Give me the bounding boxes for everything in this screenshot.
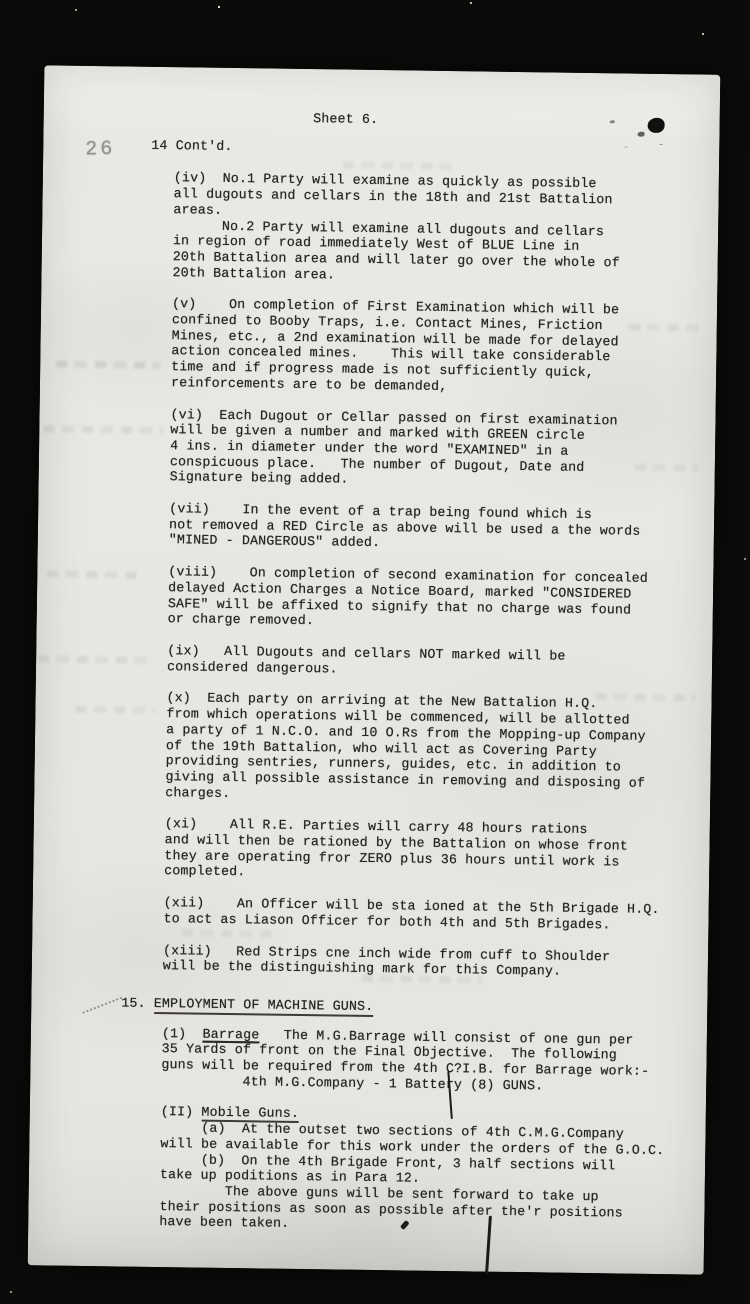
paragraph-barrage: (1) Barrage The M.G.Barrage will consist… [161, 1026, 670, 1096]
paragraph-x: (x) Each party on arriving at the New Ba… [165, 690, 674, 807]
barrage-keyword: Barrage [202, 1026, 259, 1042]
bleed-smudge [629, 324, 701, 332]
bleed-smudge [38, 655, 148, 664]
paragraph-iv: (iv) No.1 Party will examine as quickly … [172, 171, 681, 288]
paragraph-mobile-guns: (II) Mobile Guns. (a) At the outset two … [159, 1105, 669, 1238]
sheet-title: Sheet 6. [44, 65, 649, 131]
paragraph-viii: (viii) On completion of second examinati… [168, 564, 677, 634]
bleed-smudge [343, 162, 453, 171]
bleed-smudge [596, 693, 696, 701]
bleed-smudge [635, 464, 699, 472]
paragraph-xii: (xii) An Officer will be sta ioned at th… [163, 895, 671, 933]
scanned-document-screenshot: { "header": { "sheet_title": "Sheet 6.",… [0, 0, 750, 1304]
bleed-smudge [182, 929, 272, 937]
page-number-stamp: 26 [85, 142, 115, 158]
document-page: 26 Sheet 6. 14 Cont'd. (iv) No.1 Party w… [28, 65, 721, 1274]
scanner-background-noise [0, 0, 2, 2]
section-title: EMPLOYMENT OF MACHINE GUNS. [154, 996, 374, 1017]
paragraph-vi: (vi) Each Dugout or Cellar passed on fir… [170, 407, 679, 493]
section-15-heading: 15. EMPLOYMENT OF MACHINE GUNS. [121, 995, 670, 1018]
barrage-label: (1) [162, 1026, 203, 1042]
paragraph-xi: (xi) All R.E. Parties will carry 48 hour… [164, 816, 673, 886]
section-number: 15. [121, 995, 154, 1010]
bleed-smudge [56, 361, 160, 369]
bleed-smudge [43, 425, 163, 434]
pencil-squiggle [82, 997, 122, 1014]
continuation-label: 14 Cont'd. [151, 138, 719, 162]
paragraph-vii: (vii) In the event of a trap being found… [169, 501, 678, 555]
bleed-smudge [47, 570, 143, 578]
mobile-label: (II) [161, 1105, 202, 1121]
ink-blot [648, 118, 665, 133]
paragraph-ix: (ix) All Dugouts and cellars NOT marked … [167, 643, 675, 681]
typewritten-body: (iv) No.1 Party will examine as quickly … [159, 171, 682, 1238]
mobile-text: (a) At the outset two sections of 4th C.… [159, 1106, 664, 1231]
bleed-smudge [75, 706, 155, 714]
paragraph-v: (v) On completion of First Examination w… [171, 296, 680, 397]
